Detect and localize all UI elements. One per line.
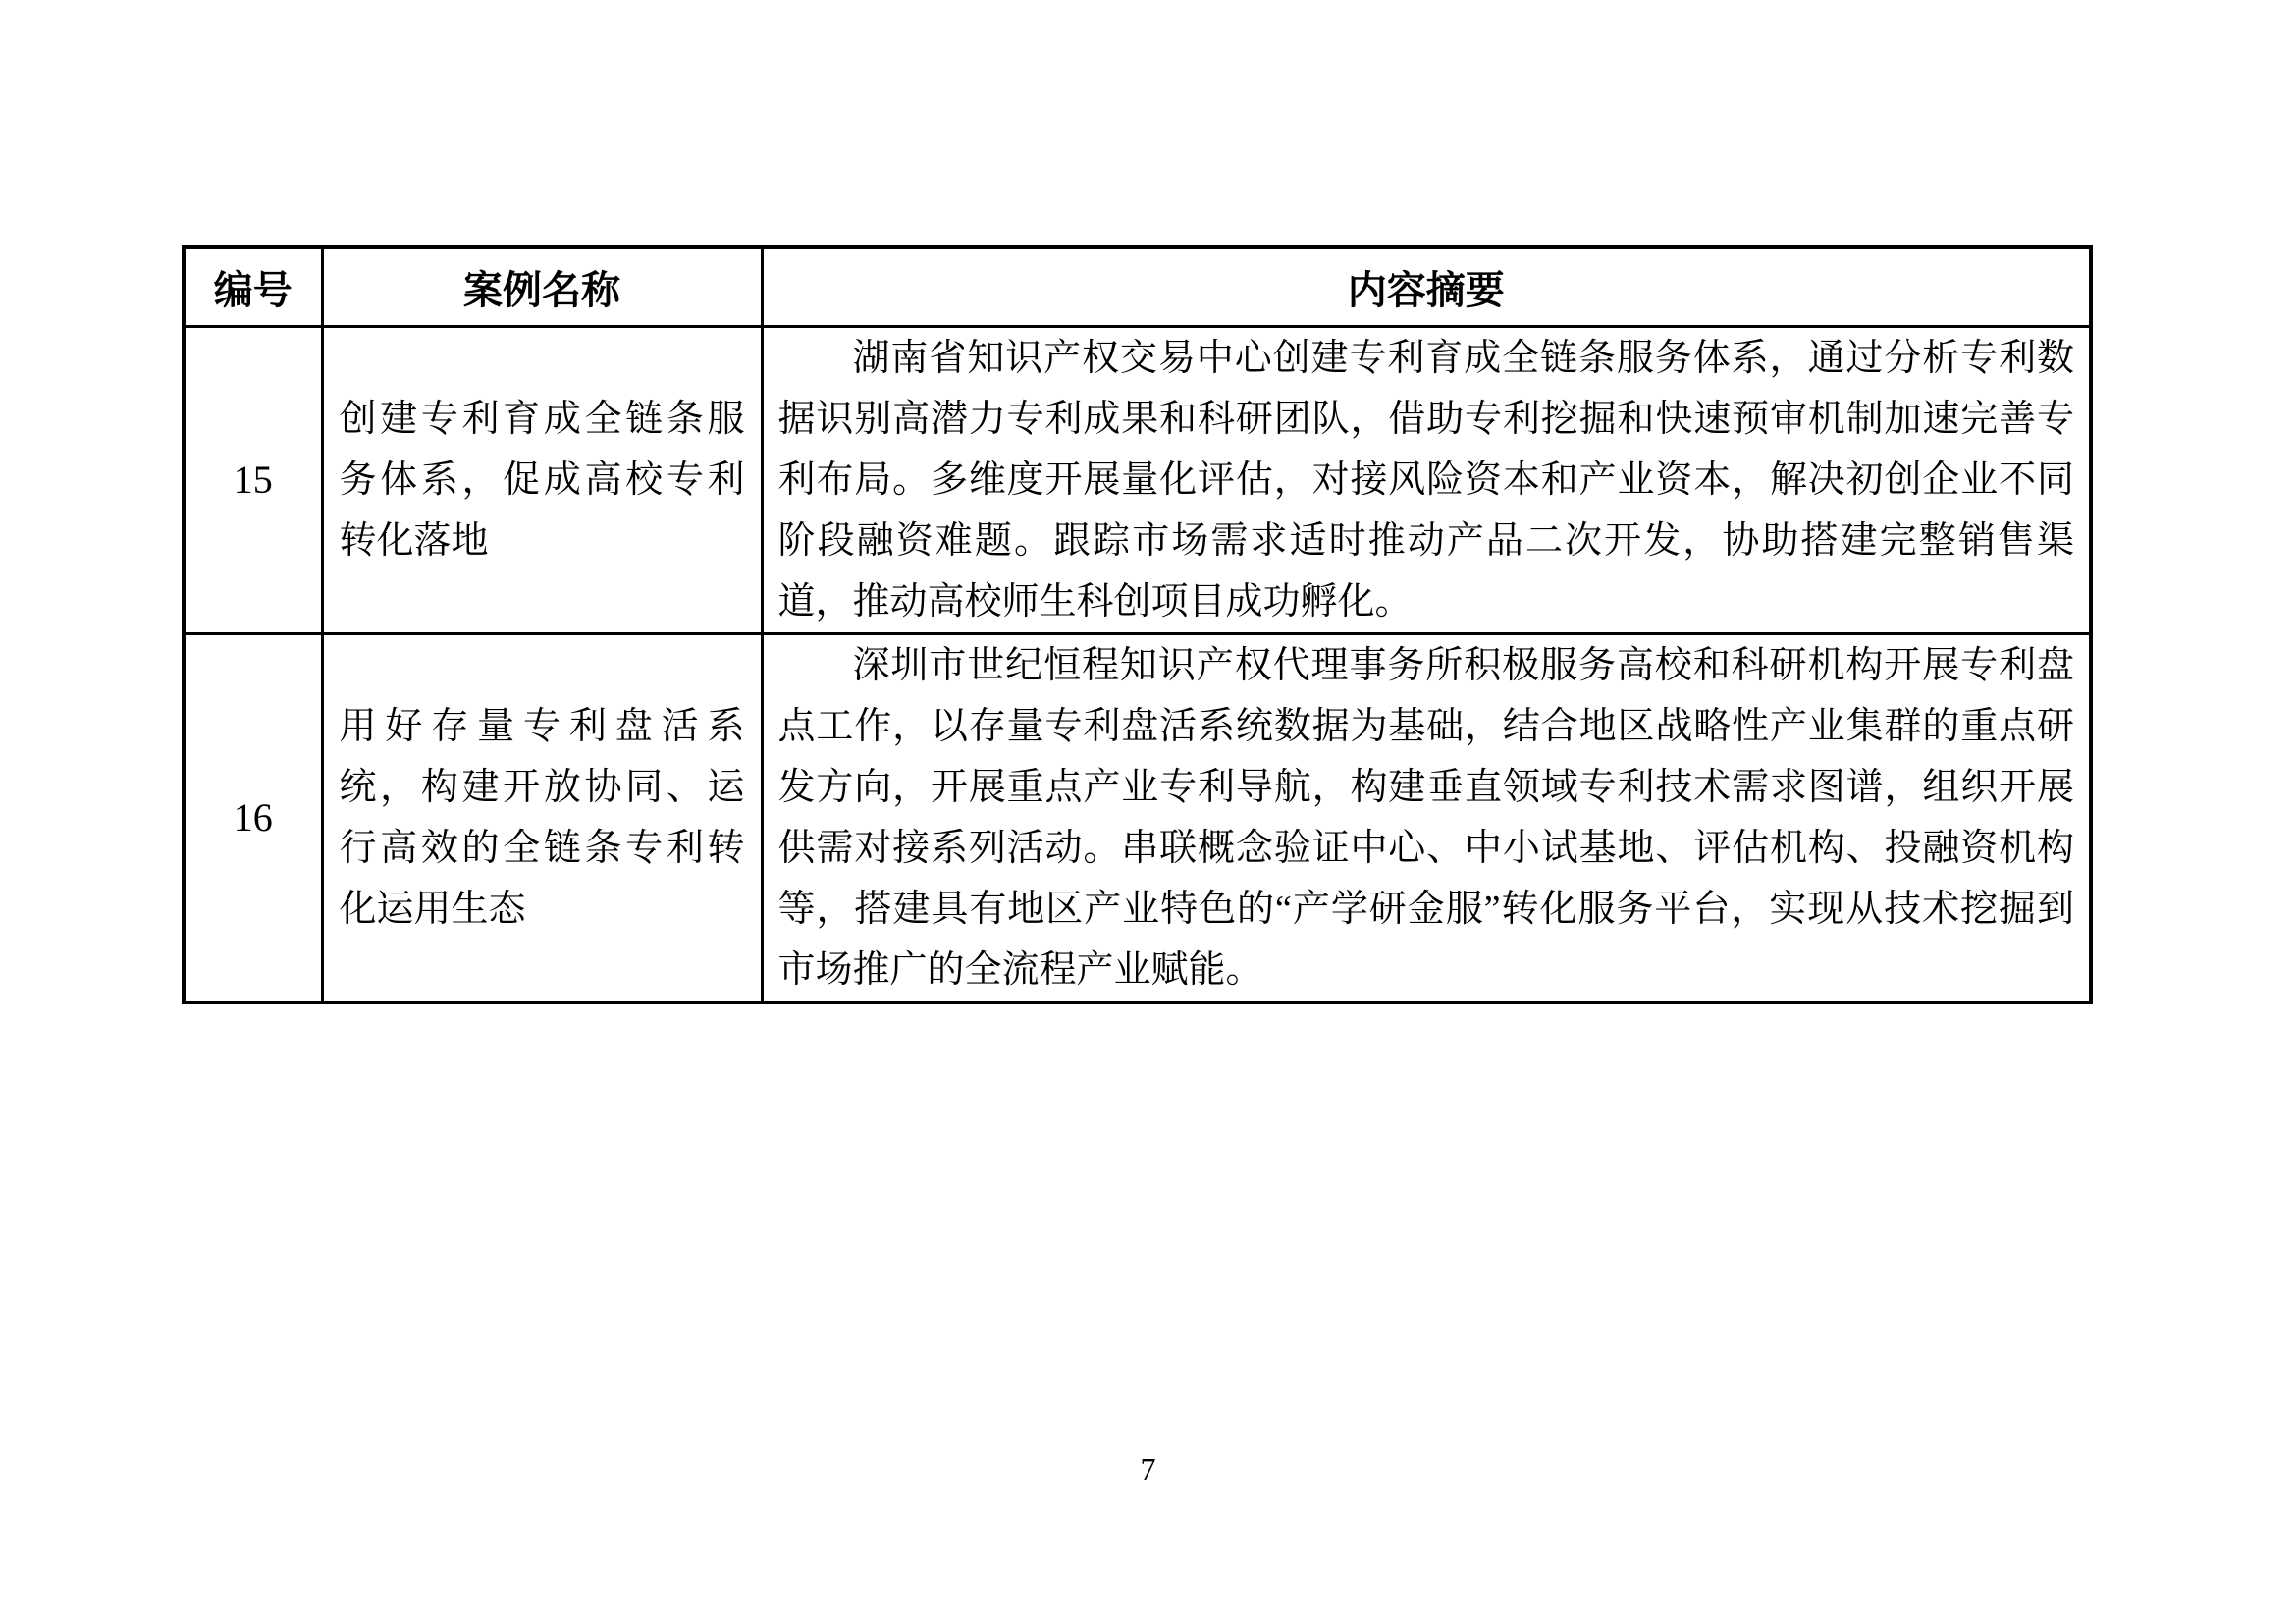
page-number: 7 bbox=[0, 1451, 2296, 1488]
case-summary: 深圳市世纪恒程知识产权代理事务所积极服务高校和科研机构开展专利盘点工作，以存量专… bbox=[762, 633, 2091, 1002]
table-row-15: 15 创建专利育成全链条服务体系，促成高校专利转化落地 湖南省知识产权交易中心创… bbox=[184, 326, 2091, 633]
case-name: 创建专利育成全链条服务体系，促成高校专利转化落地 bbox=[322, 326, 762, 633]
case-number: 15 bbox=[184, 326, 322, 633]
header-case-name: 案例名称 bbox=[322, 247, 762, 326]
case-summary: 湖南省知识产权交易中心创建专利育成全链条服务体系，通过分析专利数据识别高潜力专利… bbox=[762, 326, 2091, 633]
header-number: 编号 bbox=[184, 247, 322, 326]
table-header-row: 编号 案例名称 内容摘要 bbox=[184, 247, 2091, 326]
document-page: 编号 案例名称 内容摘要 15 创建专利育成全链条服务体系，促成高校专利转化落地… bbox=[0, 0, 2296, 1624]
case-number: 16 bbox=[184, 633, 322, 1002]
cases-table: 编号 案例名称 内容摘要 15 创建专利育成全链条服务体系，促成高校专利转化落地… bbox=[182, 245, 2093, 1004]
table-row-16: 16 用好存量专利盘活系统，构建开放协同、运行高效的全链条专利转化运用生态 深圳… bbox=[184, 633, 2091, 1002]
header-summary: 内容摘要 bbox=[762, 247, 2091, 326]
case-name: 用好存量专利盘活系统，构建开放协同、运行高效的全链条专利转化运用生态 bbox=[322, 633, 762, 1002]
